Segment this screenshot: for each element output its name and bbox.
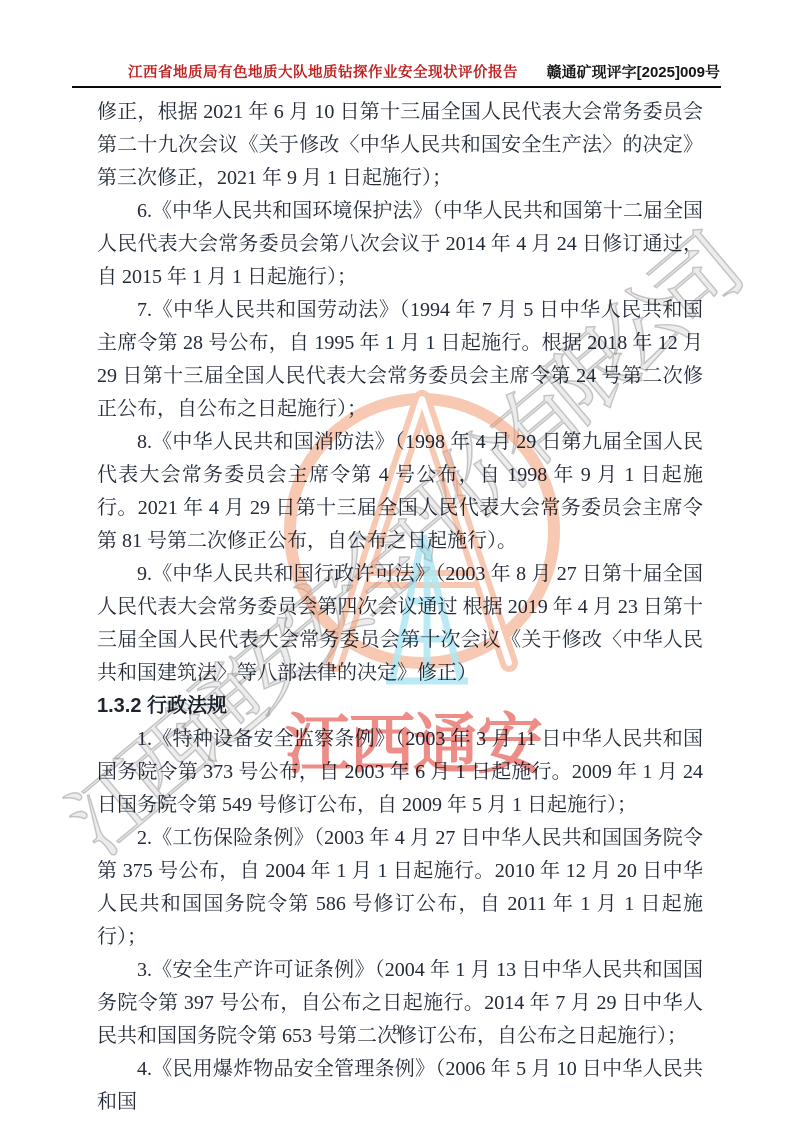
document-body: 修正，根据 2021 年 6 月 10 日第十三届全国人民代表大会常务委员会第二… xyxy=(97,96,703,1119)
body-paragraph: 1.《特种设备安全监察条例》（2003 年 3 月 11 日中华人民共和国国务院… xyxy=(97,723,703,822)
body-paragraph: 4.《民用爆炸物品安全管理条例》（2006 年 5 月 10 日中华人民共和国 xyxy=(97,1053,703,1119)
body-paragraph: 3.《安全生产许可证条例》（2004 年 1 月 13 日中华人民共和国国务院令… xyxy=(97,954,703,1053)
document-page: 江西省地质局有色地质大队地质钻探作业安全现状评价报告 赣通矿现评字[2025]0… xyxy=(0,0,793,1122)
body-paragraph: 9.《中华人民共和国行政许可法》（2003 年 8 月 27 日第十届全国人民代… xyxy=(97,558,703,690)
body-paragraph: 修正，根据 2021 年 6 月 10 日第十三届全国人民代表大会常务委员会第二… xyxy=(97,96,703,195)
header-report-title: 江西省地质局有色地质大队地质钻探作业安全现状评价报告 xyxy=(128,61,518,82)
header-rule xyxy=(72,86,721,88)
body-paragraph: 6.《中华人民共和国环境保护法》（中华人民共和国第十二届全国人民代表大会常务委员… xyxy=(97,195,703,294)
body-paragraph: 8.《中华人民共和国消防法》（1998 年 4 月 29 日第九届全国人民代表大… xyxy=(97,426,703,558)
body-paragraph: 7.《中华人民共和国劳动法》（1994 年 7 月 5 日中华人民共和国主席令第… xyxy=(97,294,703,426)
header-doc-number: 赣通矿现评字[2025]009号 xyxy=(547,61,720,82)
section-heading: 1.3.2 行政法规 xyxy=(97,690,703,723)
body-paragraph: 2.《工伤保险条例》（2003 年 4 月 27 日中华人民共和国国务院令第 3… xyxy=(97,822,703,954)
